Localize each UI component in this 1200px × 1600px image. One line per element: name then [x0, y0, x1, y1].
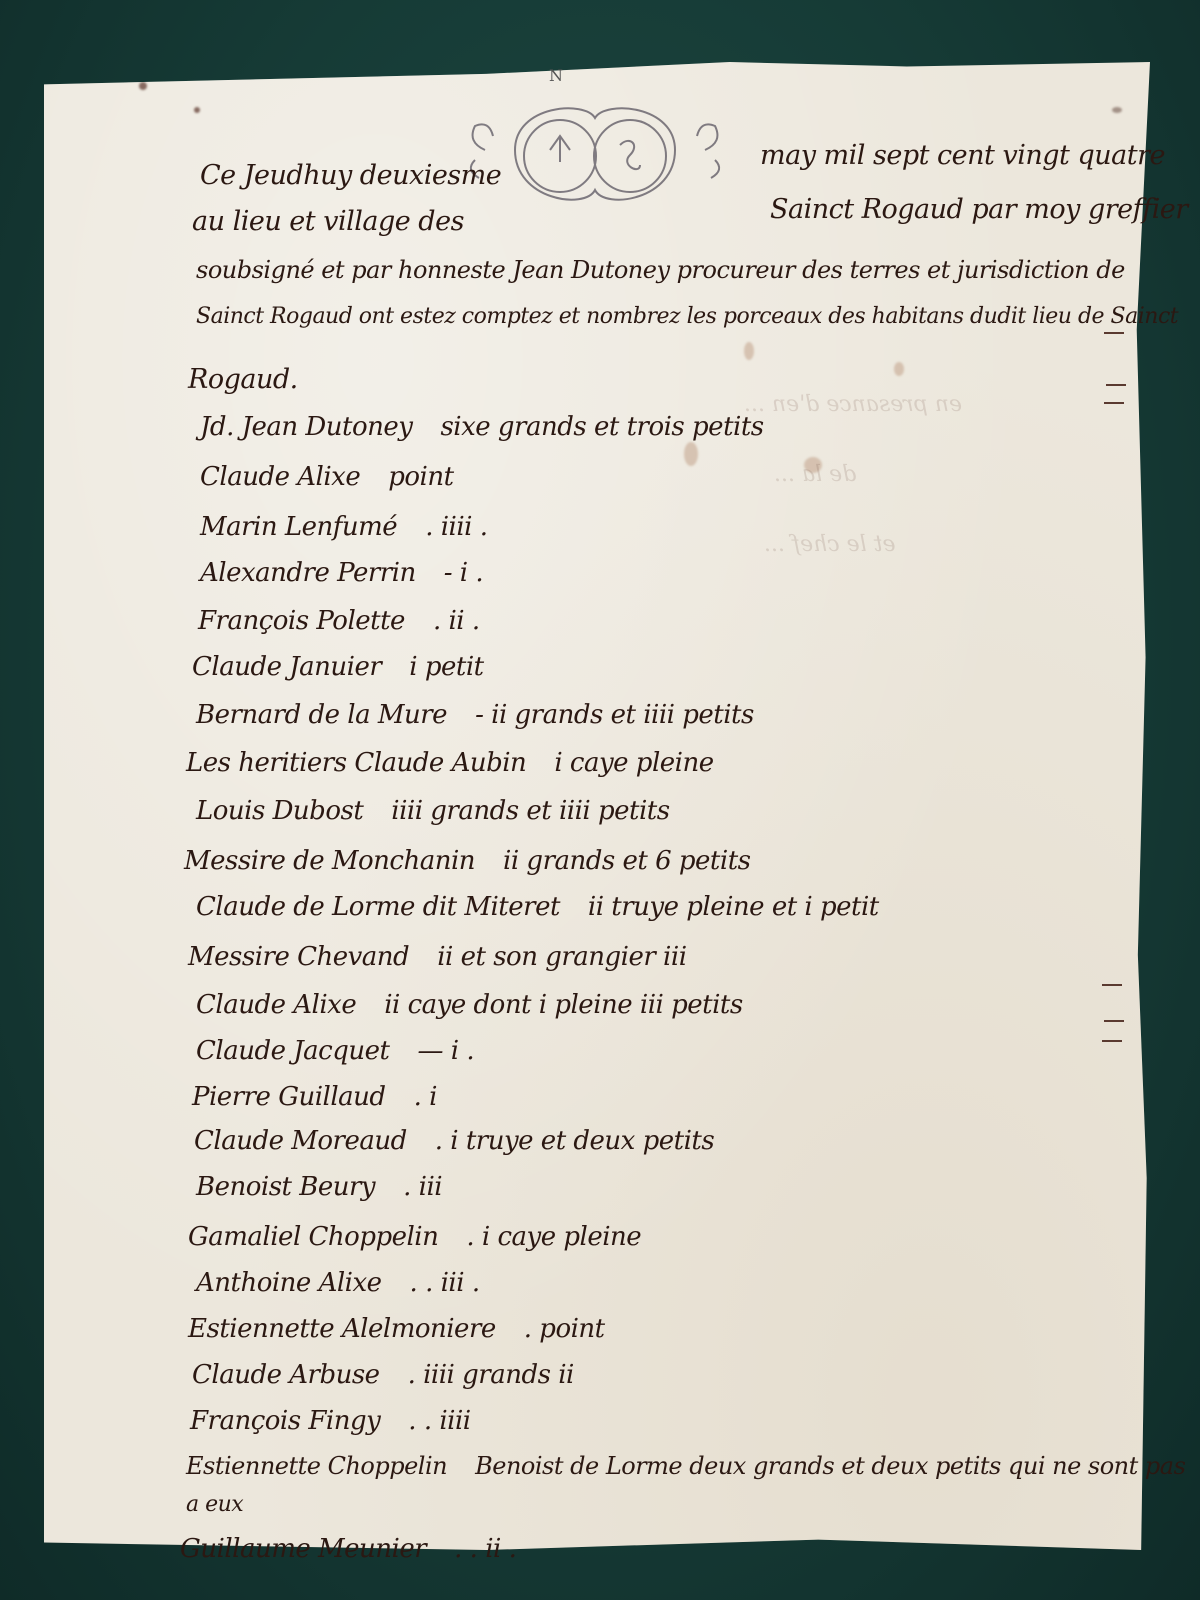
- census-entry: Estiennette ChoppelinBenoist de Lorme de…: [186, 1452, 1185, 1480]
- census-entry: Bernard de la Mure- ii grands et iiii pe…: [196, 700, 754, 730]
- census-entry: Claude Alixeii caye dont i pleine iii pe…: [196, 990, 743, 1020]
- census-entry: Claude Arbuse. iiii grands ii: [192, 1360, 574, 1390]
- header-line-1-right: may mil sept cent vingt quatre: [760, 140, 1165, 171]
- census-entry: Messire Chevandii et son grangier iii: [188, 942, 687, 972]
- tax-stamp-seal-icon: [455, 90, 735, 220]
- census-entry: François Fingy. . iiii: [190, 1406, 471, 1436]
- census-entry: Benoist Beury. iii: [196, 1172, 442, 1202]
- stamp-letter: N: [549, 66, 563, 85]
- header-line-5: Rogaud.: [188, 364, 298, 395]
- bleed-through-text: en presance d'en ...: [744, 392, 962, 417]
- census-entry: Pierre Guillaud. i: [192, 1082, 437, 1112]
- census-entry: Gamaliel Choppelin. i caye pleine: [188, 1222, 641, 1252]
- header-line-2-right: Sainct Rogaud par moy greffier: [770, 194, 1188, 225]
- census-entry: Jd. Jean Dutoneysixe grands et trois pet…: [200, 412, 764, 442]
- census-entry: Les heritiers Claude Aubini caye pleine: [186, 748, 714, 778]
- bleed-through-text: de la ...: [774, 462, 856, 487]
- census-entry: Claude Alixepoint: [200, 462, 454, 492]
- census-entry: Marin Lenfumé. iiii .: [200, 512, 488, 542]
- census-entry: Claude de Lorme dit Miteretii truye plei…: [196, 892, 879, 922]
- census-entry: Messire de Monchaninii grands et 6 petit…: [184, 846, 751, 876]
- census-entry: Louis Dubostiiii grands et iiii petits: [196, 796, 670, 826]
- census-entry: Alexandre Perrin- i .: [200, 558, 483, 588]
- census-entry: a eux: [186, 1492, 271, 1517]
- header-line-4: Sainct Rogaud ont estez comptez et nombr…: [196, 304, 1178, 329]
- census-entry: Guillaume Meunier. . ii .: [180, 1534, 516, 1564]
- census-entry: Claude Moreaud. i truye et deux petits: [194, 1126, 714, 1156]
- header-line-2-left: au lieu et village des: [192, 206, 464, 237]
- census-entry: Anthoine Alixe. . iii .: [196, 1268, 480, 1298]
- header-line-3: soubsigné et par honneste Jean Dutoney p…: [196, 256, 1125, 284]
- census-entry: Estiennette Alelmoniere. point: [188, 1314, 605, 1344]
- header-line-1-left: Ce Jeudhuy deuxiesme: [200, 160, 501, 191]
- census-entry: Claude Jacquet— i .: [196, 1036, 474, 1066]
- census-entry: François Polette. ii .: [198, 606, 480, 636]
- census-entry: Claude Januieri petit: [192, 652, 484, 682]
- bleed-through-text: et le chef ...: [764, 532, 896, 557]
